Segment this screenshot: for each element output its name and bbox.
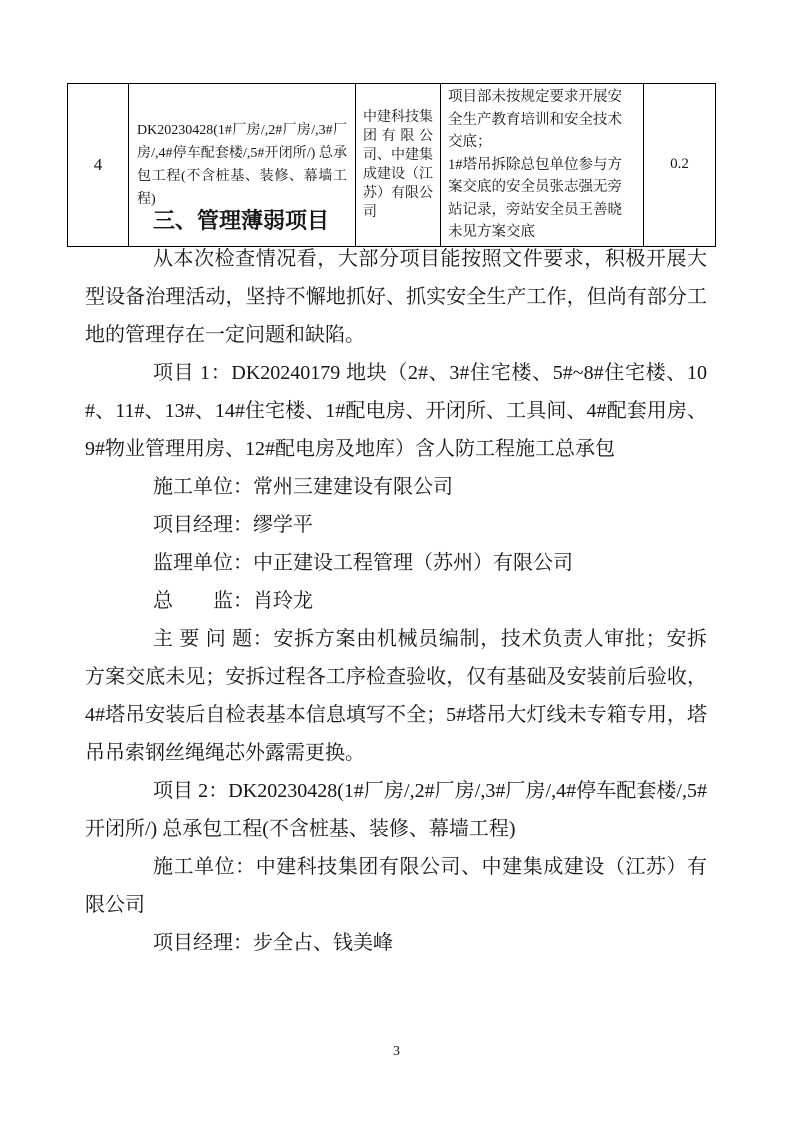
paragraph-overview: 从本次检查情况看，大部分项目能按照文件要求，积极开展大型设备治理活动，坚持不懈地… xyxy=(85,240,707,354)
section-heading: 三、管理薄弱项目 xyxy=(85,202,707,240)
paragraph-project-1-contractor: 施工单位：常州三建建设有限公司 xyxy=(85,468,707,506)
paragraph-project-2-contractor: 施工单位：中建科技集团有限公司、中建集成建设（江苏）有限公司 xyxy=(85,848,707,924)
paragraph-project-2-manager: 项目经理：步全占、钱美峰 xyxy=(85,924,707,962)
document-body: 三、管理薄弱项目 从本次检查情况看，大部分项目能按照文件要求，积极开展大型设备治… xyxy=(85,202,707,962)
page-number: 3 xyxy=(0,1042,793,1062)
paragraph-project-1-main-issues: 主 要 问 题：安拆方案由机械员编制，技术负责人审批；安拆方案交底未见；安拆过程… xyxy=(85,620,707,772)
paragraph-project-1-chief-supervisor: 总 监：肖玲龙 xyxy=(85,582,707,620)
paragraph-project-1-supervision-unit: 监理单位：中正建设工程管理（苏州）有限公司 xyxy=(85,544,707,582)
paragraph-project-1-manager: 项目经理：缪学平 xyxy=(85,506,707,544)
paragraph-project-2-title: 项目 2：DK20230428(1#厂房/,2#厂房/,3#厂房/,4#停车配套… xyxy=(85,772,707,848)
document-page: 4 DK20230428(1#厂房/,2#厂房/,3#厂房/,4#停车配套楼/,… xyxy=(0,0,793,1122)
paragraph-project-1-title: 项目 1：DK20240179 地块（2#、3#住宅楼、5#~8#住宅楼、10#… xyxy=(85,354,707,468)
